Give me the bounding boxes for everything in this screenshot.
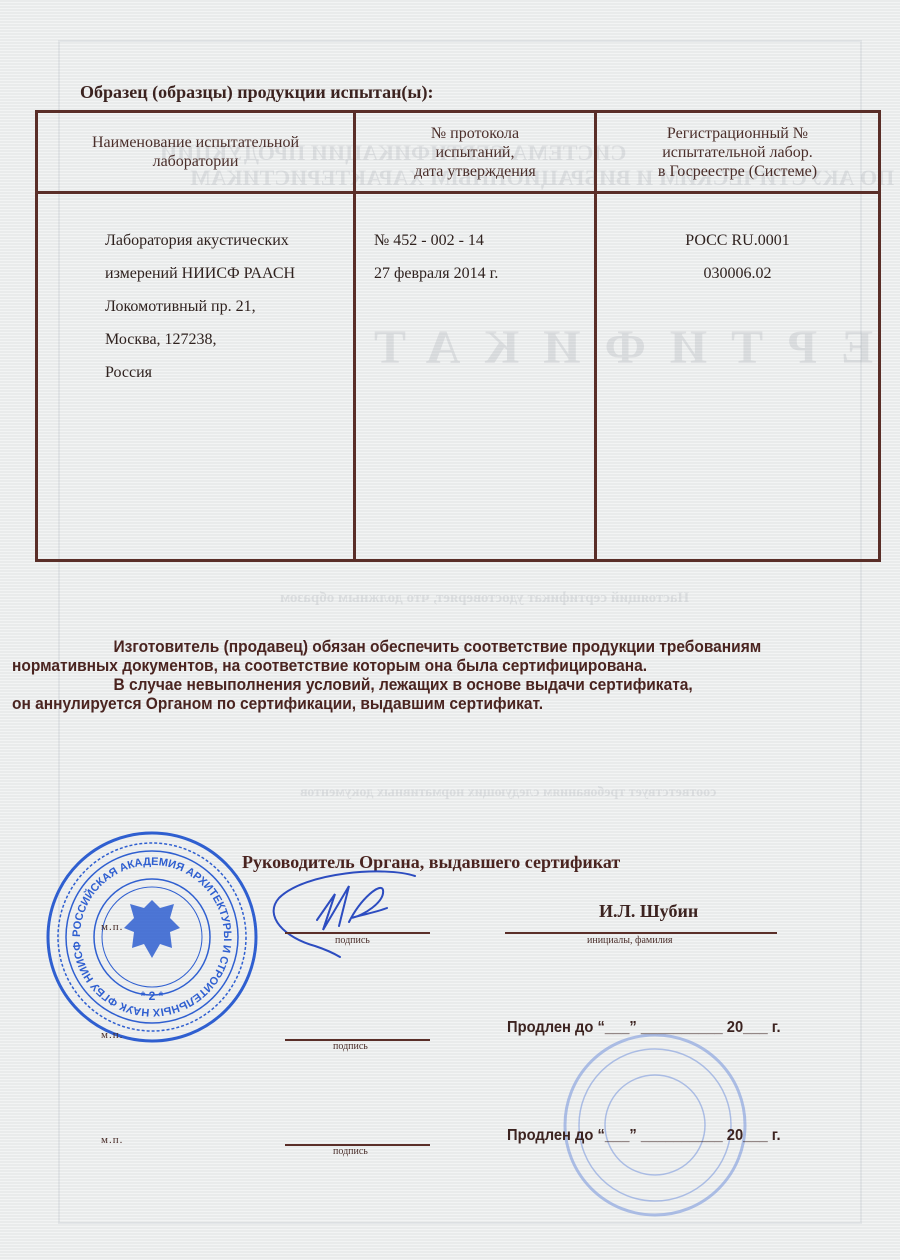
- obligation-notice: Изготовитель (продавец) обязан обеспечит…: [12, 638, 839, 714]
- bleed-through-text: соответствует требованиям следующих норм…: [300, 785, 716, 801]
- name-caption: инициалы, фамилия: [587, 935, 673, 946]
- bleed-through-text: Настоящий сертификат удостоверяет, что д…: [280, 590, 689, 607]
- laboratory-line: измерений НИИСФ РААСН: [105, 257, 353, 290]
- header-line: испытаний,: [356, 143, 594, 162]
- signatory-name: И.Л. Шубин: [599, 901, 698, 922]
- header-line: дата утверждения: [356, 162, 594, 181]
- header-registration-number: Регистрационный № испытательной лабор. в…: [596, 112, 880, 193]
- tested-samples-heading: Образец (образцы) продукции испытан(ы):: [80, 82, 433, 103]
- laboratory-line: Лаборатория акустических: [105, 224, 353, 257]
- laboratory-line: Россия: [105, 356, 353, 389]
- notice-line: Изготовитель (продавец) обязан обеспечит…: [12, 638, 839, 657]
- notice-line: нормативных документов, на соответствие …: [12, 657, 839, 676]
- header-line: № протокола: [356, 124, 594, 143]
- extension-2-label: Продлен до “___” __________ 20___ г.: [507, 1127, 781, 1145]
- extension-1-label: Продлен до “___” __________ 20___ г.: [507, 1019, 781, 1037]
- header-protocol-number: № протокола испытаний, дата утверждения: [355, 112, 596, 193]
- laboratory-line: Локомотивный пр. 21,: [105, 290, 353, 323]
- stamp-place-label: м.п.: [101, 921, 123, 933]
- extension-1-signature-caption: подпись: [333, 1041, 368, 1052]
- laboratory-cell: Лаборатория акустических измерений НИИСФ…: [37, 193, 355, 561]
- table-row: Лаборатория акустических измерений НИИСФ…: [37, 193, 880, 561]
- header-line: Регистрационный №: [597, 124, 878, 143]
- laboratory-line: Москва, 127238,: [105, 323, 353, 356]
- header-line: Наименование испытательной: [38, 133, 353, 152]
- registration-number: РОСС RU.0001: [597, 224, 878, 257]
- extension-2-signature-caption: подпись: [333, 1146, 368, 1157]
- table-header-row: Наименование испытательной лаборатории №…: [37, 112, 880, 193]
- header-line: в Госреестре (Системе): [597, 162, 878, 181]
- header-line: лаборатории: [38, 152, 353, 171]
- faded-stamp-icon: [560, 1030, 750, 1220]
- protocol-date: 27 февраля 2014 г.: [374, 257, 594, 290]
- notice-line: В случае невыполнения условий, лежащих в…: [12, 676, 839, 695]
- extension-1-stamp-place: м.п.: [101, 1029, 123, 1041]
- registration-cell: РОСС RU.0001 030006.02: [596, 193, 880, 561]
- extension-2-stamp-place: м.п.: [101, 1134, 123, 1146]
- laboratory-table: Наименование испытательной лаборатории №…: [35, 110, 881, 562]
- header-laboratory-name: Наименование испытательной лаборатории: [37, 112, 355, 193]
- protocol-number: № 452 - 002 - 14: [374, 224, 594, 257]
- registration-number-suffix: 030006.02: [597, 257, 878, 290]
- header-line: испытательной лабор.: [597, 143, 878, 162]
- protocol-cell: № 452 - 002 - 14 27 февраля 2014 г.: [355, 193, 596, 561]
- notice-line: он аннулируется Органом по сертификации,…: [12, 695, 839, 714]
- name-line: [505, 932, 777, 934]
- signature-line: [285, 932, 430, 934]
- official-stamp-icon: РОССИЙСКАЯ АКАДЕМИЯ АРХИТЕКТУРЫ И СТРОИТ…: [45, 830, 260, 1045]
- svg-text:* 2 *: * 2 *: [141, 989, 164, 1003]
- signature-caption: подпись: [335, 935, 370, 946]
